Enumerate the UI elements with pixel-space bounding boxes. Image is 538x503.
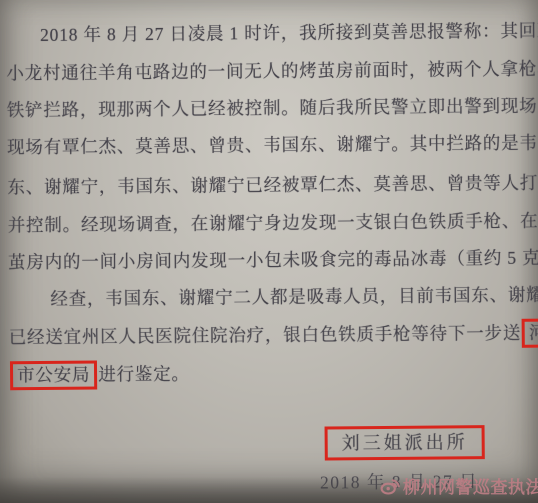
watermark-label: 柳州网警巡查执法 xyxy=(403,473,538,498)
highlight-box-police-station-signature: 刘三姐派出所 xyxy=(325,425,485,460)
highlight-box-hechi: 河池 xyxy=(522,318,538,347)
text-line: 并控制。经现场调查，在谢耀宁身边发现一支银白色铁质手枪、在烤 xyxy=(8,207,538,237)
text-line: 2018 年 8 月 27 日凌晨 1 时许，我所接到莫善思报警称：其回到 xyxy=(40,17,538,46)
text-line: 茧房内的一间小房间内发现一小包未吸食完的毒品冰毒（重约 5 克）。 xyxy=(8,244,538,274)
text-line: 市公安局进行鉴定。 xyxy=(9,361,190,388)
weibo-logo-icon xyxy=(380,476,400,496)
signature-row: 刘三姐派出所 xyxy=(324,428,486,455)
text-line: 小龙村通往羊角屯路边的一间无人的烤茧房前面时，被两个人拿枪、 xyxy=(6,55,538,85)
text-line: 现场有覃仁杰、莫善思、曾贵、韦国东、谢耀宁。其中拦路的是韦国 xyxy=(7,129,538,159)
text-line: 已经送宜州区人民医院住院治疗，银白色铁质手枪等待下一步送河池 xyxy=(9,319,538,349)
text-segment: 进行鉴定。 xyxy=(98,364,190,385)
text-line: 东、谢耀宁，韦国东、谢耀宁已经被覃仁杰、莫善思、曾贵等人打伤 xyxy=(7,169,538,199)
scanned-police-report: 2018 年 8 月 27 日凌晨 1 时许，我所接到莫善思报警称：其回到 小龙… xyxy=(0,0,538,503)
text-line: 经查，韦国东、谢耀宁二人都是吸毒人员，目前韦国东、谢耀宁 xyxy=(50,281,538,310)
text-line: 铁铲拦路，现那两个人已经被控制。随后我所民警立即出警到现场， xyxy=(7,92,538,122)
highlight-box-public-security-bureau: 市公安局 xyxy=(10,361,97,391)
watermark: 柳州网警巡查执法 xyxy=(380,473,538,498)
text-segment: 已经送宜州区人民医院住院治疗，银白色铁质手枪等待下一步送 xyxy=(9,323,522,347)
document-body: 2018 年 8 月 27 日凌晨 1 时许，我所接到莫善思报警称：其回到 小龙… xyxy=(0,0,538,503)
